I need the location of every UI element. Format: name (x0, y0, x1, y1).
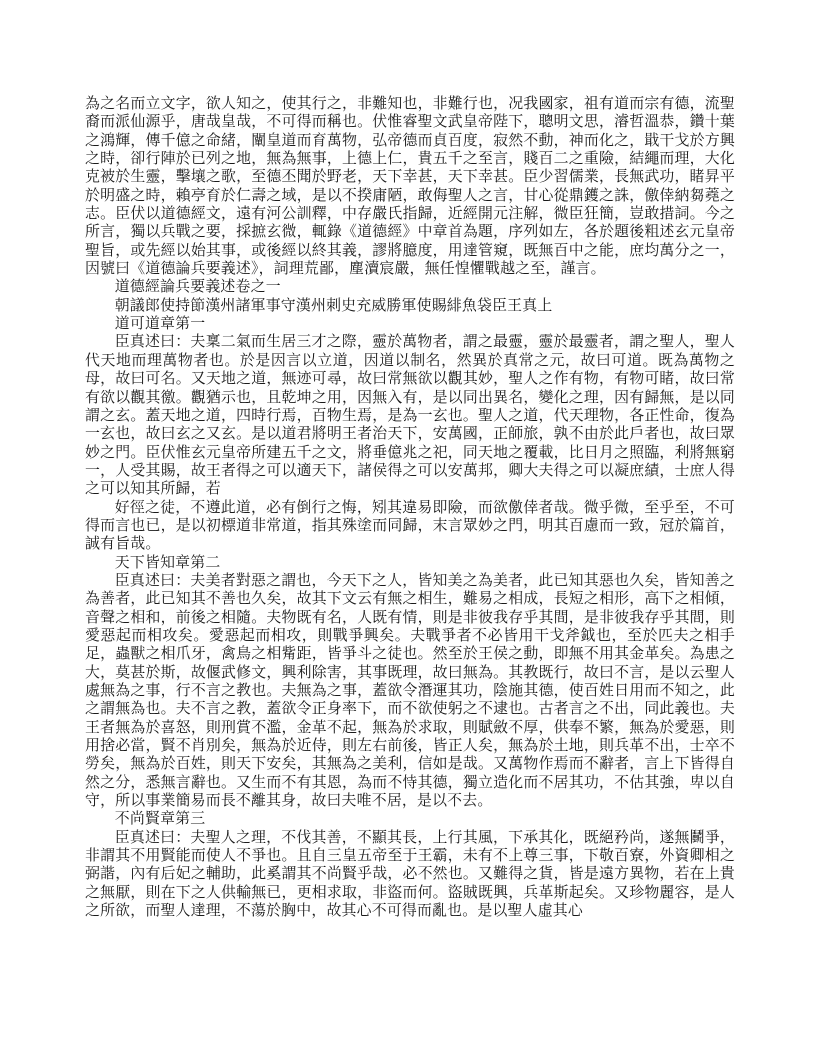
document-page: 為之名而立文字，欲人知之，使其行之，非難知也，非難行也，况我國家，祖有道而宗有德… (0, 0, 816, 1056)
chapter-1-commentary-1: 臣真述曰：夫稟二氣而生居三才之際，靈於萬物者，謂之最靈，靈於最靈者，謂之聖人，聖… (85, 333, 735, 498)
preface-continuation-paragraph: 為之名而立文字，欲人知之，使其行之，非難知也，非難行也，况我國家，祖有道而宗有德… (85, 95, 735, 278)
chapter-3-heading: 不尚賢章第三 (85, 810, 735, 828)
text-block: 為之名而立文字，欲人知之，使其行之，非難知也，非難行也，况我國家，祖有道而宗有德… (85, 95, 735, 920)
author-attribution-line: 朝議郎使持節漢州諸軍事守漢州刺史充威勝軍使賜緋魚袋臣王真上 (85, 297, 735, 315)
chapter-3-commentary: 臣真述曰：夫聖人之理，不伐其善，不顯其長，上行其風，下承其化，既絕矜尚，遂無鬭爭… (85, 829, 735, 921)
chapter-1-heading: 道可道章第一 (85, 315, 735, 333)
chapter-1-commentary-2: 好徑之徒，不遵此道，必有倒行之悔，矧其違易即險，而欲儌倖者哉。微乎微，至乎至，不… (85, 499, 735, 554)
chapter-2-heading: 天下皆知章第二 (85, 554, 735, 572)
volume-title: 道德經論兵要義述卷之一 (85, 278, 735, 296)
chapter-2-commentary: 臣真述曰：夫美者對惡之謂也，今天下之人，皆知美之為美者，此已知其惡也久矣，皆知善… (85, 572, 735, 810)
